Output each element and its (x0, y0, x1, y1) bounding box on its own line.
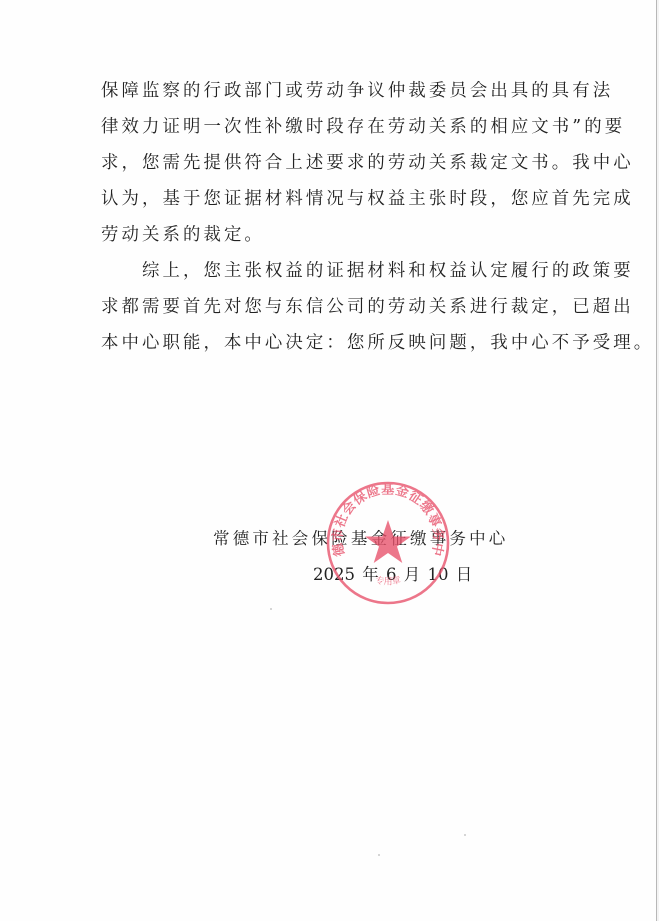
text-line: 律效力证明一次性补缴时段存在劳动关系的相应文书”的要 (101, 109, 571, 145)
text-line: 保障监察的行政部门或劳动争议仲裁委员会出具的具有法 (101, 73, 571, 109)
issue-date: 2025 年 6 月 10 日 (313, 561, 472, 585)
issuer-organization: 常德市社会保险基金征缴事务中心 (213, 525, 509, 549)
scan-speck (593, 275, 595, 277)
scan-speck (270, 608, 272, 610)
scan-speck (516, 348, 518, 350)
text-line: 劳动关系的裁定。 (101, 217, 571, 253)
scan-speck (464, 834, 466, 836)
text-line: 求，您需先提供符合上述要求的劳动关系裁定文书。我中心 (101, 145, 571, 181)
text-line-indented: 综上，您主张权益的证据材料和权益认定履行的政策要 (101, 253, 571, 289)
scan-speck (378, 854, 380, 856)
document-page: 保障监察的行政部门或劳动争议仲裁委员会出具的具有法 律效力证明一次性补缴时段存在… (0, 0, 656, 921)
text-line: 本中心职能，本中心决定：您所反映问题，我中心不予受理。 (101, 325, 571, 361)
text-line: 认为，基于您证据材料情况与权益主张时段，您应首先完成 (101, 181, 571, 217)
document-body: 保障监察的行政部门或劳动争议仲裁委员会出具的具有法 律效力证明一次性补缴时段存在… (101, 73, 571, 361)
text-line: 求都需要首先对您与东信公司的劳动关系进行裁定，已超出 (101, 289, 571, 325)
